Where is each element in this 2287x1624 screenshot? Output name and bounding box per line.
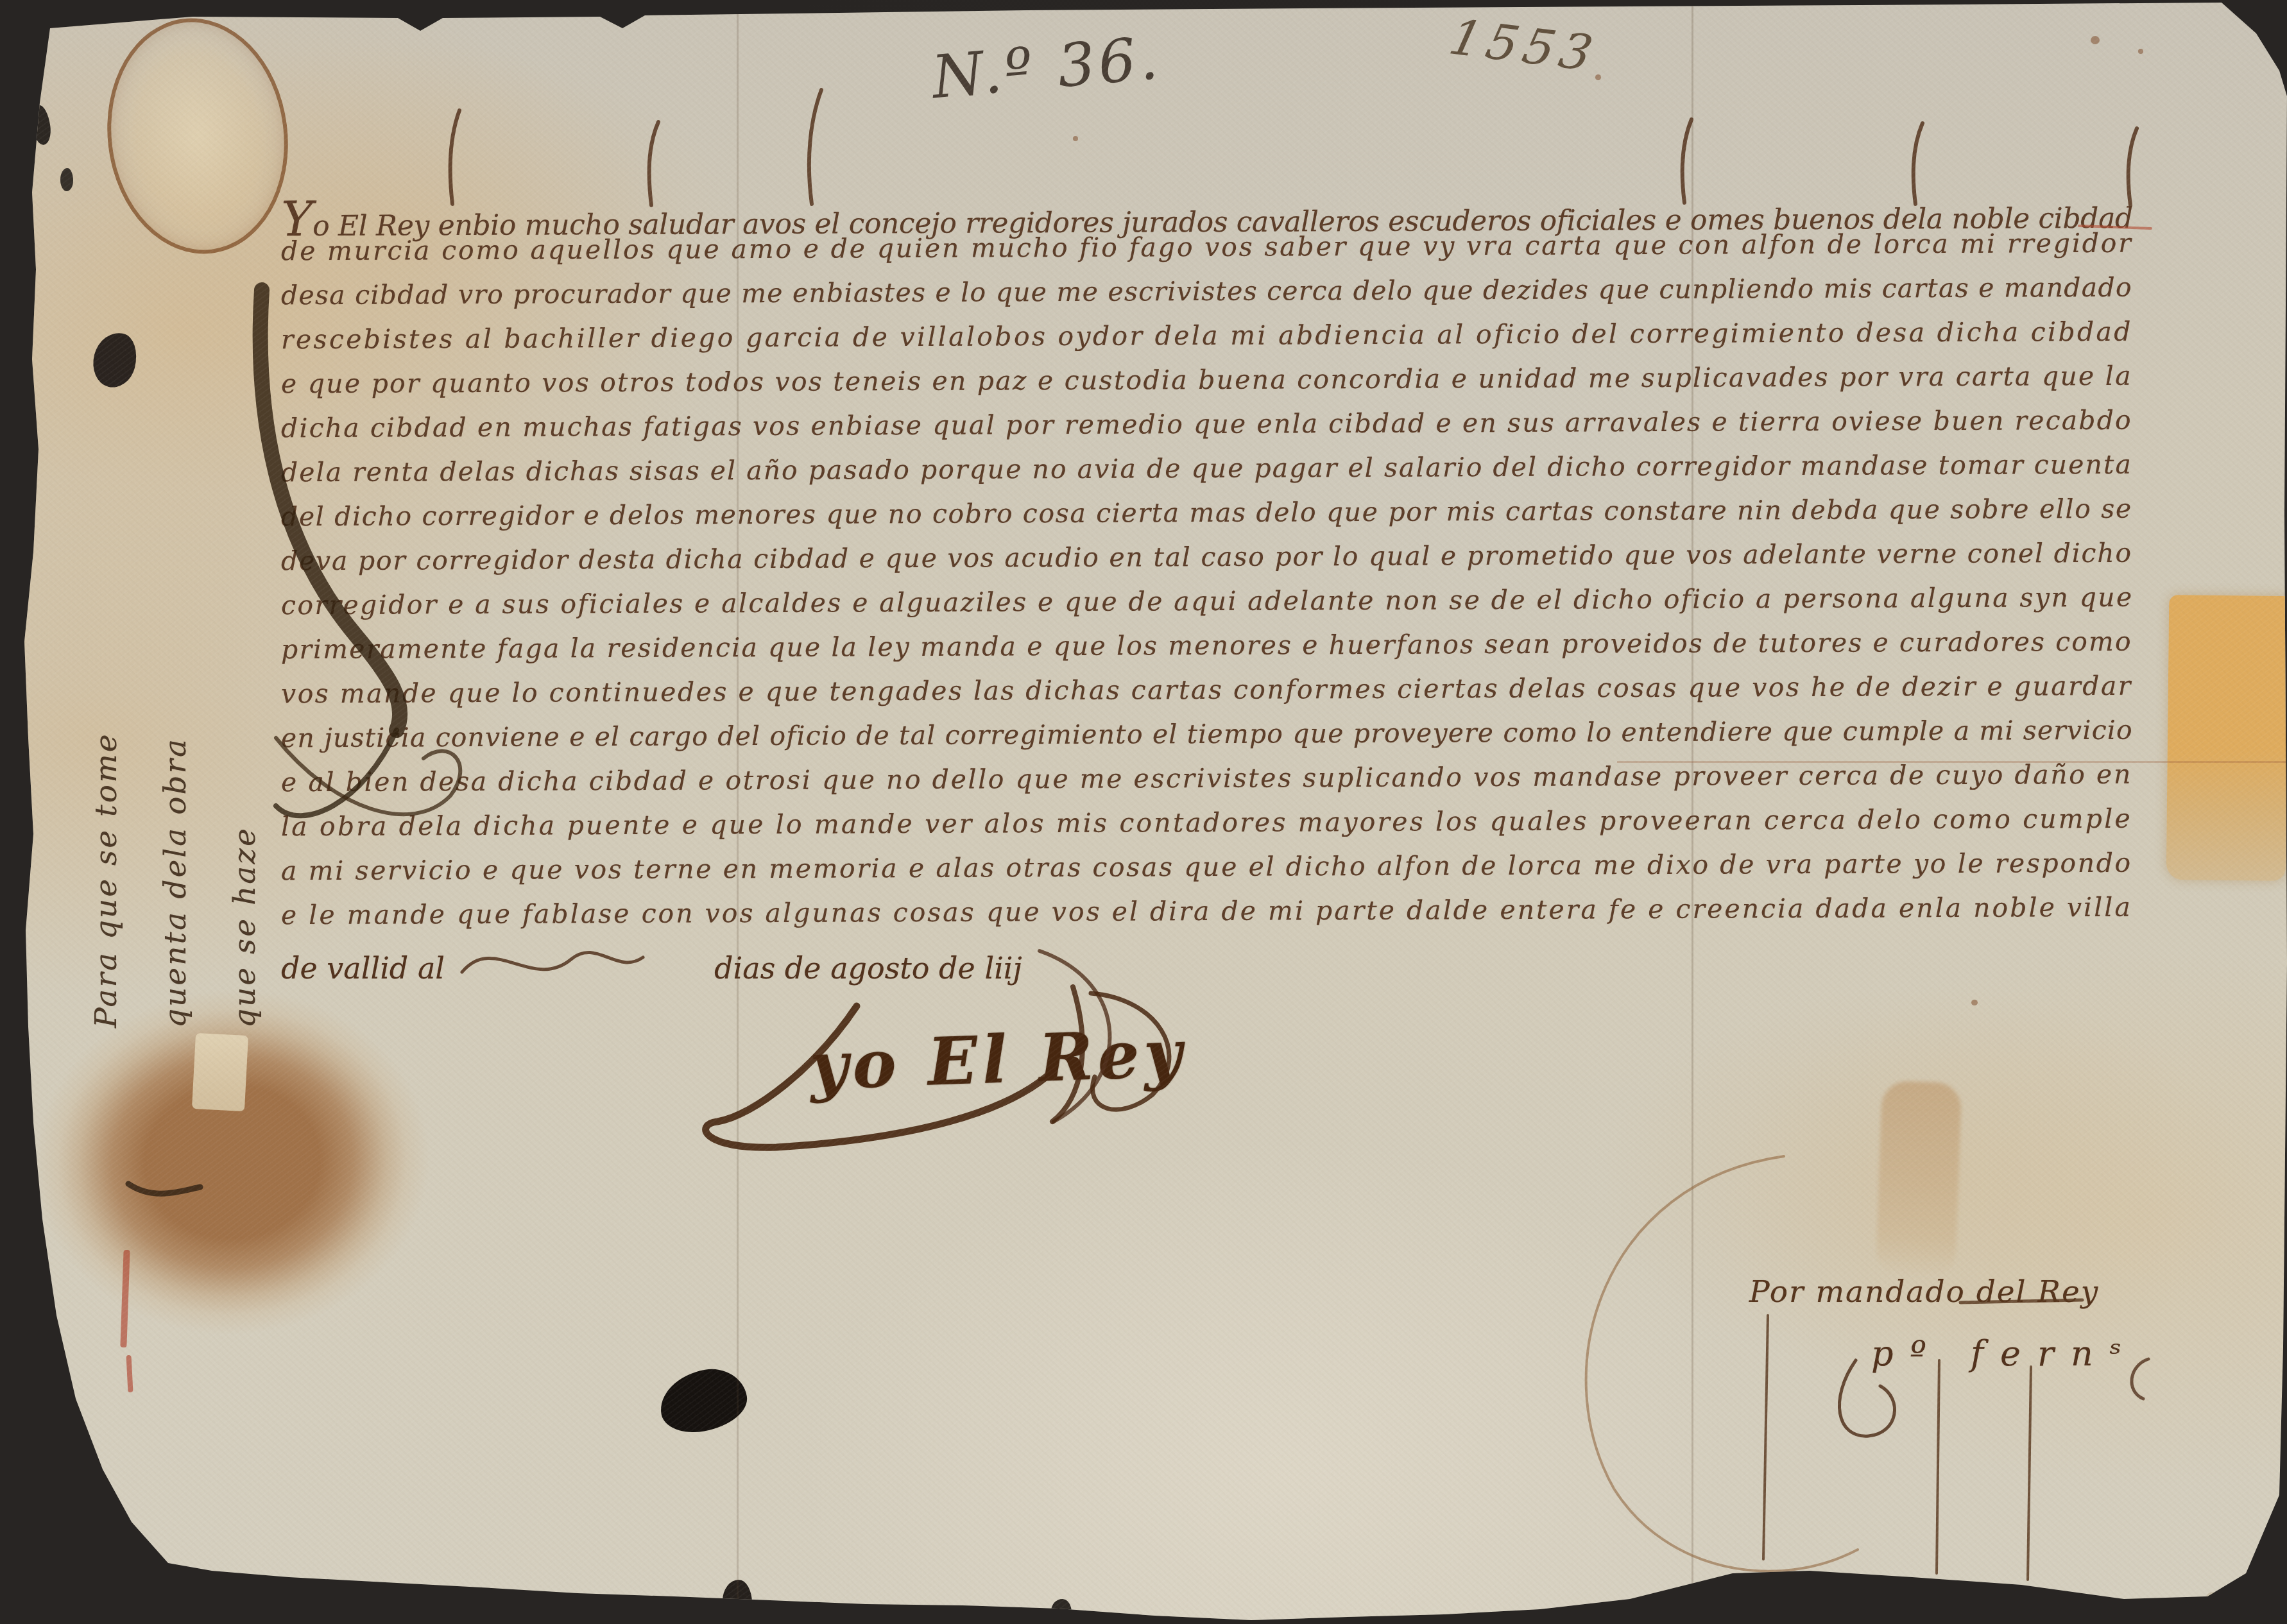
year-annotation: 1553 — [1444, 8, 1604, 82]
ring-stain — [94, 8, 302, 264]
red-edge-mark — [120, 1250, 130, 1347]
fold-line-right — [1692, 0, 1693, 1624]
stain-squiggle — [128, 1184, 200, 1193]
manuscript-line: a mi servicio e que vos terne en memoria… — [281, 848, 2132, 887]
margin-note-line: que se haze — [210, 194, 280, 1028]
margin-note: Para que se tomequenta dela obraque se h… — [72, 194, 280, 1028]
edge-tear — [1051, 1599, 1072, 1623]
ink-blot — [30, 104, 53, 146]
dateline: de vallid aldias de agosto de liij — [281, 951, 1022, 986]
manuscript-line: desa cibdad vro procurador que me enbias… — [281, 272, 2132, 311]
manuscript-line: primeramente faga la residencia que la l… — [281, 626, 2132, 665]
manuscript-line: e al bien desa dicha cibdad e otrosi que… — [281, 759, 2132, 798]
seal-stain — [12, 966, 452, 1358]
ascender-stroke — [450, 110, 459, 204]
photo-of-manuscript: { "colors": { "background": "#282523", "… — [0, 0, 2287, 1624]
manuscript-line: deva por corregidor desta dicha cibdad e… — [281, 538, 2132, 577]
archive-number: N.º 36. — [929, 24, 1164, 112]
edge-tear — [723, 1580, 752, 1622]
foxing-speck — [1971, 1000, 1978, 1005]
dateline-place: de vallid al — [281, 951, 445, 986]
foxing-speck — [2091, 36, 2100, 44]
manuscript-line: dicha cibdad en muchas fatigas vos enbia… — [281, 405, 2132, 444]
countersign: Por mandado del Rey — [1749, 1274, 2099, 1310]
signature-rubric — [706, 1006, 1054, 1147]
margin-note-line: quenta dela obra — [141, 194, 210, 1028]
royal-signature: yo El Rey — [809, 1015, 1188, 1105]
manuscript-line: e que por quanto vos otros todos vos ten… — [281, 361, 2132, 400]
countersign-dash — [1960, 1300, 2082, 1303]
manuscript-line: corregidor e a sus oficiales e alcaldes … — [281, 582, 2134, 621]
dateline-flourish — [462, 953, 643, 972]
crease-line — [1617, 761, 2287, 763]
circular-penwork — [1586, 1156, 1858, 1571]
manuscript-line: de murcia como aquellos que amo e de qui… — [281, 228, 2133, 267]
fold-line-left — [737, 0, 739, 1624]
red-underline — [2079, 226, 2151, 228]
secretary-rubric — [1839, 1360, 1894, 1436]
manuscript-line: Yo El Rey enbio mucho saludar avos el co… — [281, 184, 2133, 248]
paper-fragment — [2206, 1587, 2286, 1622]
ink-blot — [60, 168, 73, 191]
ink-flourishes — [0, 0, 2287, 1624]
foxing-speck — [1073, 136, 1078, 141]
secretary-signature: pº fernˢ — [1871, 1333, 2138, 1374]
manuscript-line: vos mande que lo continuedes e que tenga… — [281, 671, 2132, 710]
foxing-speck — [1595, 74, 1601, 80]
manuscript-page: N.º 36. 1553 Para que se tomequenta dela… — [0, 0, 2287, 1624]
ink-blot — [88, 328, 142, 391]
discoloration-streak — [1876, 1081, 1962, 1278]
foxing-speck — [1368, 643, 1373, 647]
tape-repair — [2166, 595, 2287, 881]
margin-rubric — [261, 290, 400, 730]
manuscript-line: la obra dela dicha puente e que lo mande… — [281, 803, 2132, 842]
repair-patch — [192, 1033, 248, 1111]
margin-note-line: Para que se tome — [72, 194, 141, 1028]
manuscript-line: del dicho corregidor e delos menores que… — [281, 493, 2132, 533]
red-edge-mark — [126, 1355, 133, 1392]
countersign-descender — [1763, 1315, 1768, 1559]
manuscript-line: rescebistes al bachiller diego garcia de… — [281, 316, 2133, 355]
manuscript-line: e le mande que fablase con vos algunas c… — [281, 892, 2132, 931]
ink-hole — [655, 1363, 751, 1438]
foxing-speck — [2138, 49, 2143, 54]
manuscript-line: dela renta delas dichas sisas el año pas… — [281, 449, 2132, 488]
manuscript-line: en justicia conviene e el cargo del ofic… — [281, 715, 2133, 754]
dateline-date: dias de agosto de liij — [714, 951, 1022, 986]
